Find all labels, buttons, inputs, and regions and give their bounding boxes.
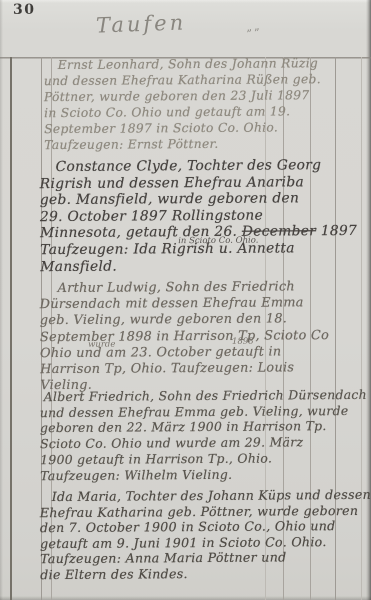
- entry-line: getauft am 9. Juni 1901 in Scioto Co. Oh…: [40, 533, 365, 551]
- page-number: 30: [13, 2, 35, 18]
- entry-line: Constance Clyde, Tochter des Georg: [56, 157, 360, 176]
- entry-line: Mansfield.: [40, 256, 360, 275]
- scan-edge-left: [0, 0, 3, 600]
- baptism-entry-albert-friedrich: Albert Friedrich, Sohn des Friedrich Dür…: [40, 387, 366, 483]
- scan-edge-bottom: [0, 596, 371, 600]
- column-rule: [10, 57, 12, 600]
- register-page: 30 Taufen „„ Ernst Leonhard, Sohn des Jo…: [0, 0, 371, 600]
- entry-line: die Eltern des Kindes.: [40, 564, 365, 582]
- scan-edge-top: [0, 0, 371, 3]
- baptism-entry-arthur-ludwig: Arthur Ludwig, Sohn des Friedrich Dürsen…: [40, 279, 361, 395]
- entry-line: Albert Friedrich, Sohn des Friedrich Dür…: [44, 387, 365, 405]
- baptism-entry-ernst-leonhard: Ernst Leonhard, Sohn des Johann Rüzig un…: [44, 55, 360, 153]
- interlinear-insert: in Scioto Co. Ohio.: [178, 233, 258, 250]
- interlinear-insert: wurde: [88, 337, 115, 353]
- heading-ditto-marks: „„: [245, 19, 262, 34]
- baptism-entry-constance-clyde: Constance Clyde, Tochter des Georg Rigri…: [40, 157, 361, 275]
- entry-line-part: 1897: [316, 223, 357, 239]
- entry-line: Taufzeugen: Wilhelm Vieling.: [40, 465, 365, 483]
- entry-line: den 7. October 1900 in Scioto Co., Ohio …: [40, 518, 365, 536]
- scan-edge-right: [366, 0, 371, 600]
- baptism-entry-ida-maria: Ida Maria, Tochter des Johann Küps und d…: [40, 487, 366, 582]
- entry-line: Taufzeugen: Ernst Pöttner.: [44, 135, 359, 153]
- entry-line: und dessen Ehefrau Katharina Rüßen geb.: [44, 71, 359, 89]
- page-heading: Taufen: [96, 10, 187, 37]
- entry-line: Ida Maria, Tochter des Johann Küps und d…: [52, 487, 365, 505]
- interlinear-insert: 1898: [232, 334, 254, 350]
- entry-line: geboren den 22. März 1900 in Harrison Tp…: [40, 418, 365, 436]
